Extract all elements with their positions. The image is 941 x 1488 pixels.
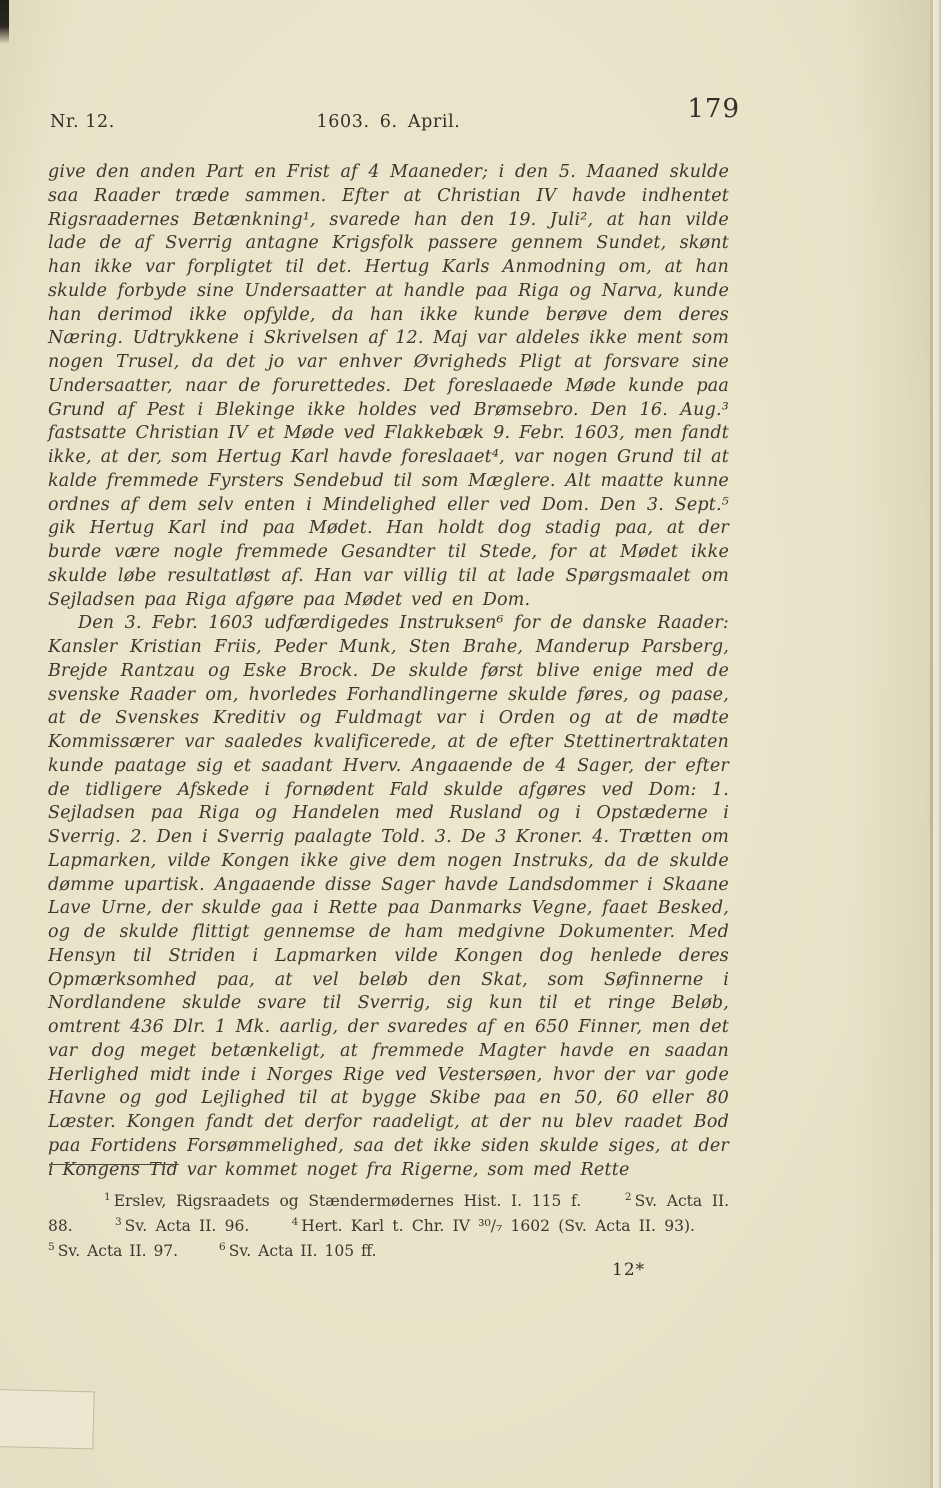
footnote-separator-rule — [49, 1164, 179, 1165]
body-text: give den anden Part en Frist af 4 Maaned… — [48, 161, 729, 1182]
footnote-entry: 1Erslev, Rigsraadets og Stændermødernes … — [104, 1192, 581, 1210]
book-page: Nr. 12. 1603. 6. April. 179 give den and… — [0, 0, 941, 1488]
footnote-marker: 3 — [115, 1216, 122, 1228]
footnote-text: Sv. Acta II. 97. — [58, 1242, 178, 1260]
page-number: 179 — [48, 94, 740, 124]
scan-edge-artifact — [0, 0, 9, 44]
footnote-entry: 4Hert. Karl t. Chr. IV ³⁰/₇ 1602 (Sv. Ac… — [292, 1217, 695, 1235]
page-edge-strip — [933, 0, 941, 1488]
footnote-marker: 2 — [625, 1191, 632, 1203]
body-paragraph: give den anden Part en Frist af 4 Maaned… — [48, 161, 729, 612]
footnote-text: Sv. Acta II. 96. — [125, 1217, 250, 1235]
signature-mark: 12* — [612, 1260, 645, 1280]
footnote-marker: 4 — [292, 1216, 299, 1228]
right-margin-shading — [850, 0, 930, 1488]
footnotes: 1Erslev, Rigsraadets og Stændermødernes … — [48, 1189, 729, 1264]
footnote-marker: 5 — [48, 1241, 55, 1253]
footnote-marker: 1 — [104, 1191, 111, 1203]
footnote-marker: 6 — [219, 1241, 226, 1253]
footnote-text: Erslev, Rigsraadets og Stændermødernes H… — [114, 1192, 581, 1210]
footnote-entry: 6Sv. Acta II. 105 ff. — [219, 1242, 376, 1260]
body-paragraph: Den 3. Febr. 1603 udfærdigedes Instrukse… — [48, 612, 729, 1182]
footnote-entry: 3Sv. Acta II. 96. — [115, 1217, 249, 1235]
footnote-entry: 5Sv. Acta II. 97. — [48, 1242, 178, 1260]
paper-label-artifact — [0, 1389, 95, 1450]
footnote-text: Hert. Karl t. Chr. IV ³⁰/₇ 1602 (Sv. Act… — [301, 1217, 695, 1235]
footnote-text: Sv. Acta II. 105 ff. — [229, 1242, 377, 1260]
